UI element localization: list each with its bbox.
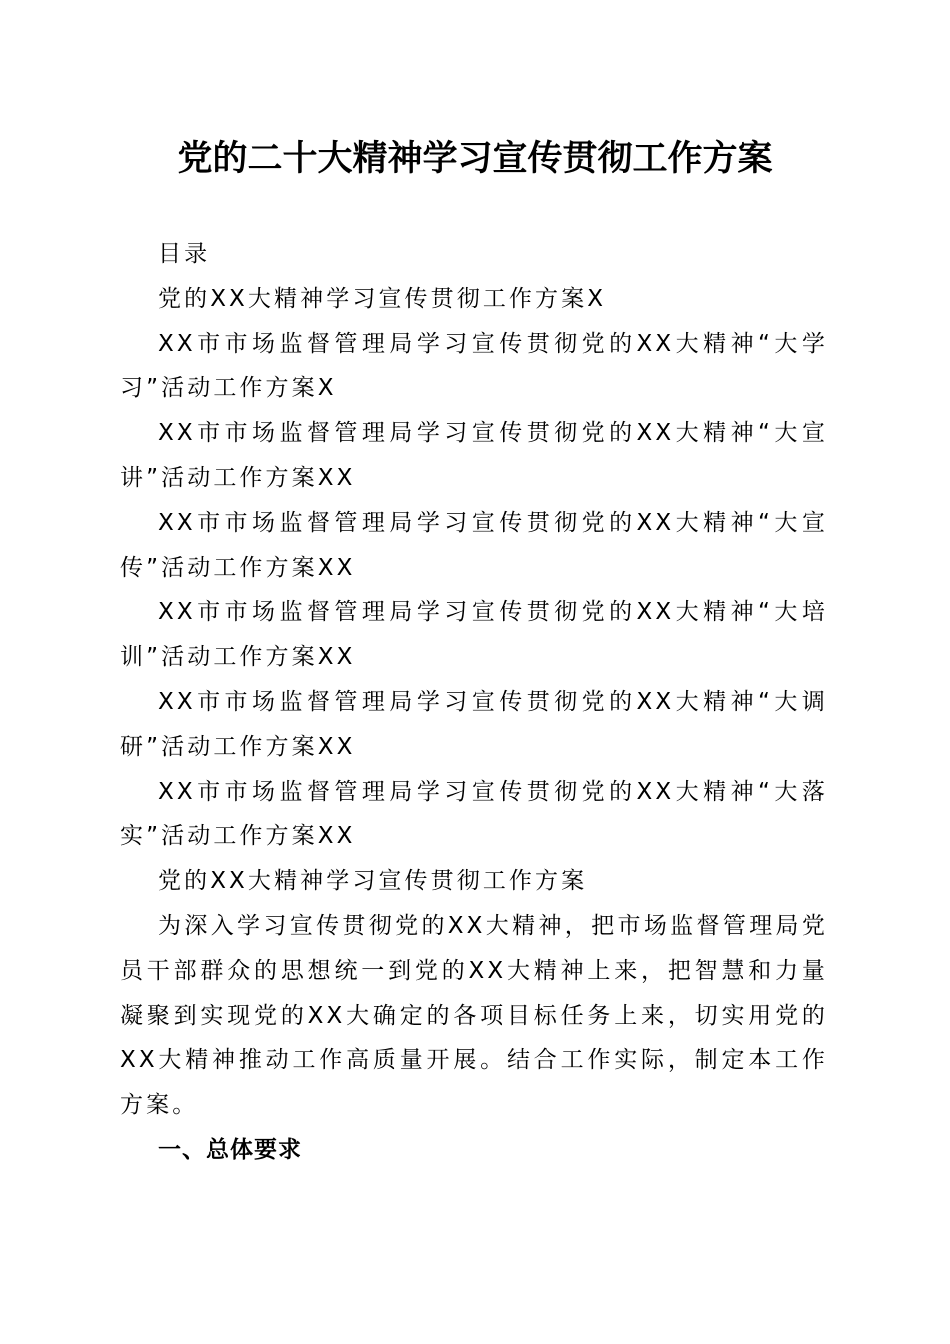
document-title: 党的二十大精神学习宣传贯彻工作方案 bbox=[0, 134, 950, 184]
toc-heading: 目录 bbox=[120, 232, 828, 277]
document-page: 党的二十大精神学习宣传贯彻工作方案 目录 党的XX大精神学习宣传贯彻工作方案X … bbox=[0, 0, 950, 1344]
toc-entry[interactable]: 党的XX大精神学习宣传贯彻工作方案X bbox=[120, 277, 828, 322]
toc-entry[interactable]: XX市市场监督管理局学习宣传贯彻党的XX大精神“大学习”活动工作方案X bbox=[120, 322, 828, 412]
heading-general-requirements: 一、总体要求 bbox=[120, 1128, 828, 1173]
document-body: 目录 党的XX大精神学习宣传贯彻工作方案X XX市市场监督管理局学习宣传贯彻党的… bbox=[120, 232, 828, 1173]
toc-entry[interactable]: XX市市场监督管理局学习宣传贯彻党的XX大精神“大落实”活动工作方案XX bbox=[120, 770, 828, 860]
intro-paragraph: 为深入学习宣传贯彻党的XX大精神，把市场监督管理局党员干部群众的思想统一到党的X… bbox=[120, 904, 828, 1128]
section-title: 党的XX大精神学习宣传贯彻工作方案 bbox=[120, 859, 828, 904]
toc-entry[interactable]: XX市市场监督管理局学习宣传贯彻党的XX大精神“大宣讲”活动工作方案XX bbox=[120, 411, 828, 501]
toc-entry[interactable]: XX市市场监督管理局学习宣传贯彻党的XX大精神“大培训”活动工作方案XX bbox=[120, 590, 828, 680]
toc-entry[interactable]: XX市市场监督管理局学习宣传贯彻党的XX大精神“大调研”活动工作方案XX bbox=[120, 680, 828, 770]
toc-entry[interactable]: XX市市场监督管理局学习宣传贯彻党的XX大精神“大宣传”活动工作方案XX bbox=[120, 501, 828, 591]
